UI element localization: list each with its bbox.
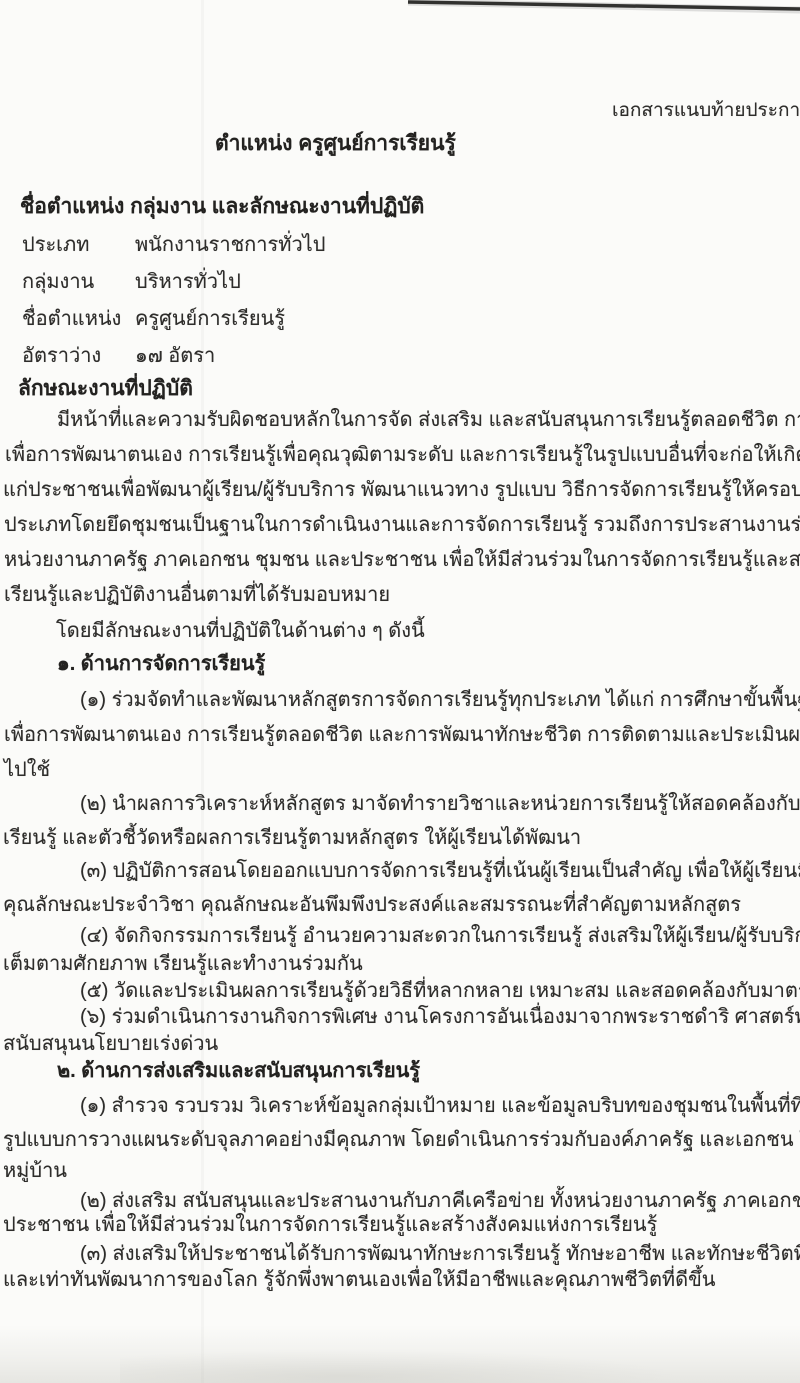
duties-heading: ลักษณะงานที่ปฏิบัติ	[18, 375, 193, 403]
duty-item-line: สนับสนุนนโยบายเร่งด่วน	[3, 1030, 218, 1058]
duty-item-line: เต็มตามศักยภาพ เรียนรู้และทำงานร่วมกัน	[3, 950, 363, 978]
section-2-heading: ๒. ด้านการส่งเสริมและสนับสนุนการเรียนรู้	[57, 1057, 420, 1085]
duty-item-line: (๕) วัดและประเมินผลการเรียนรู้ด้วยวิธีที…	[80, 977, 800, 1005]
duty-item-line: (๓) ปฏิบัติการสอนโดยออกแบบการจัดการเรียน…	[80, 857, 800, 885]
intro-line: หน่วยงานภาครัฐ ภาคเอกชน ชุมชน และประชาชน…	[4, 546, 800, 574]
duty-item-line: (๓) ส่งเสริมให้ประชาชนได้รับการพัฒนาทักษ…	[80, 1240, 800, 1268]
intro-line: เรียนรู้และปฏิบัติงานอื่นตามที่ได้รับมอบ…	[4, 581, 390, 609]
scan-bottom-blotch-artifact	[120, 1349, 680, 1383]
duty-item-line: ประชาชน เพื่อให้มีส่วนร่วมในการจัดการเรี…	[3, 1211, 657, 1239]
duty-item-line: (๑) สำรวจ รวบรวม วิเคราะห์ข้อมูลกลุ่มเป้…	[80, 1092, 800, 1120]
duty-item-line: หมู่บ้าน	[3, 1157, 67, 1185]
duty-item-line: (๑) ร่วมจัดทำและพัฒนาหลักสูตรการจัดการเร…	[80, 686, 800, 714]
document-page: เอกสารแนบท้ายประกาศ ๑ ตำแหน่ง ครูศูนย์กา…	[0, 0, 800, 1383]
field-value-type: พนักงานราชการทั่วไป	[135, 231, 325, 259]
duty-item-line: เพื่อการพัฒนาตนเอง การเรียนรู้ตลอดชีวิต …	[4, 721, 800, 749]
header-note: เอกสารแนบท้ายประกาศ ๑	[612, 97, 800, 125]
intro-line: แก่ประชาชนเพื่อพัฒนาผู้เรียน/ผู้รับบริกา…	[3, 476, 800, 504]
duty-item-line: (๔) จัดกิจกรรมการเรียนรู้ อำนวยความสะดวก…	[80, 922, 800, 950]
intro-line: มีหน้าที่และความรับผิดชอบหลักในการจัด ส่…	[57, 406, 800, 434]
section-1-heading: ๑. ด้านการจัดการเรียนรู้	[57, 650, 265, 678]
field-value-position: ครูศูนย์การเรียนรู้	[135, 305, 285, 333]
intro-line: ประเภทโดยยึดชุมชนเป็นฐานในการดำเนินงานแล…	[4, 511, 800, 539]
field-value-group: บริหารทั่วไป	[135, 268, 241, 296]
position-info-heading: ชื่อตำแหน่ง กลุ่มงาน และลักษณะงานที่ปฏิบ…	[20, 193, 424, 221]
scan-edge-artifact	[400, 0, 800, 16]
duty-item-line: เรียนรู้ และตัวชี้วัดหรือผลการเรียนรู้ตา…	[3, 824, 581, 852]
field-label-type: ประเภท	[22, 231, 89, 259]
field-label-vacancies: อัตราว่าง	[22, 342, 101, 370]
field-value-vacancies: ๑๗ อัตรา	[135, 342, 215, 370]
duty-item-line: ไปใช้	[4, 756, 50, 784]
lead-in-line: โดยมีลักษณะงานที่ปฏิบัติในด้านต่าง ๆ ดัง…	[56, 617, 425, 645]
duty-item-line: คุณลักษณะประจำวิชา คุณลักษณะอันพึมพึงประ…	[3, 891, 741, 919]
page-title: ตำแหน่ง ครูศูนย์การเรียนรู้	[215, 130, 456, 158]
intro-line: เพื่อการพัฒนาตนเอง การเรียนรู้เพื่อคุณวุ…	[5, 441, 800, 469]
duty-item-line: (๒) นำผลการวิเคราะห์หลักสูตร มาจัดทำรายว…	[80, 790, 800, 818]
scan-bottom-artifact	[0, 1325, 800, 1383]
field-label-group: กลุ่มงาน	[22, 268, 94, 296]
duty-item-line: (๖) ร่วมดำเนินการงานกิจการพิเศษ งานโครงก…	[80, 1003, 800, 1031]
field-label-position: ชื่อตำแหน่ง	[22, 305, 121, 333]
duty-item-line: รูปแบบการวางแผนระดับจุลภาคอย่างมีคุณภาพ …	[3, 1126, 800, 1154]
duty-item-line: และเท่าทันพัฒนาการของโลก รู้จักพึ่งพาตนเ…	[3, 1266, 715, 1294]
